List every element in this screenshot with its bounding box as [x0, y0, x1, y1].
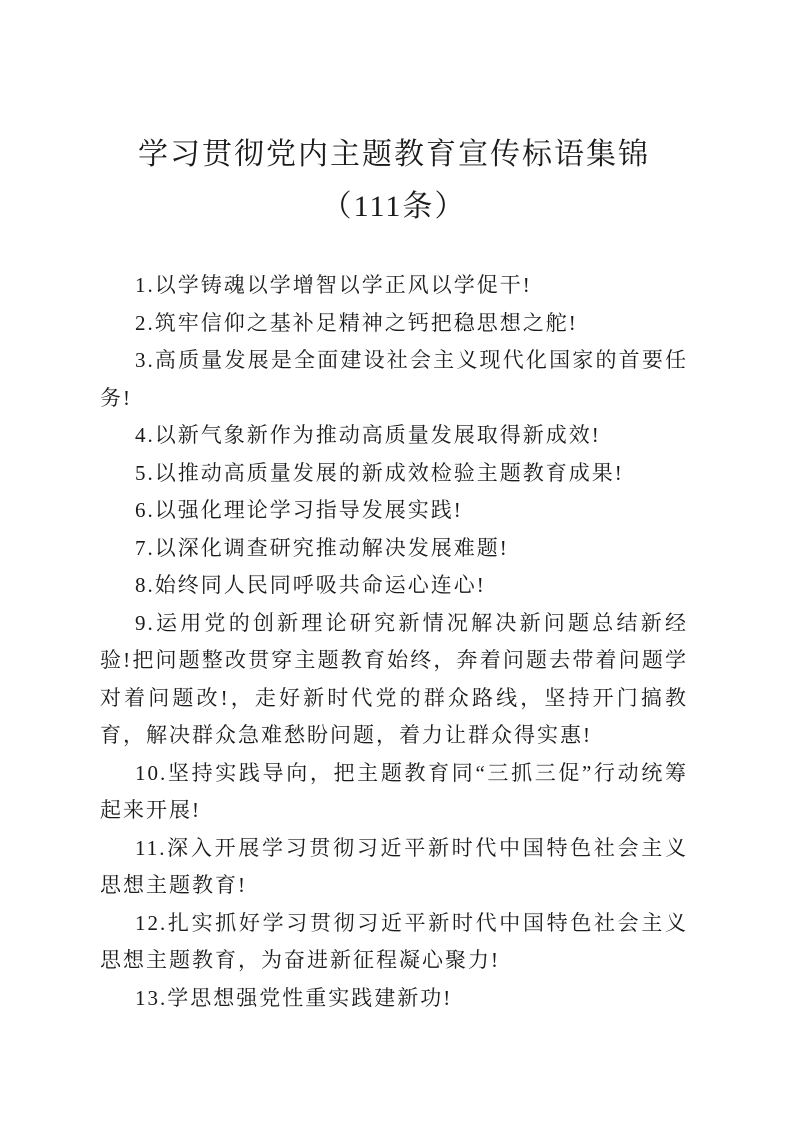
document-title: 学习贯彻党内主题教育宣传标语集锦（111条） — [100, 129, 688, 233]
slogan-item-8: 8.始终同人民同呼吸共命运心连心! — [100, 567, 688, 605]
slogan-item-3: 3.高质量发展是全面建设社会主义现代化国家的首要任务! — [100, 342, 688, 417]
slogan-item-5: 5.以推动高质量发展的新成效检验主题教育成果! — [100, 455, 688, 493]
document-page: 学习贯彻党内主题教育宣传标语集锦（111条） 1.以学铸魂以学增智以学正风以学促… — [0, 0, 793, 1122]
slogan-item-12: 12.扎实抓好学习贯彻习近平新时代中国特色社会主义思想主题教育，为奋进新征程凝心… — [100, 905, 688, 980]
slogan-item-2: 2.筑牢信仰之基补足精神之钙把稳思想之舵! — [100, 305, 688, 343]
slogan-item-6: 6.以强化理论学习指导发展实践! — [100, 492, 688, 530]
slogan-item-4: 4.以新气象新作为推动高质量发展取得新成效! — [100, 417, 688, 455]
slogan-item-13: 13.学思想强党性重实践建新功! — [100, 980, 688, 1018]
slogan-item-10: 10.坚持实践导向，把主题教育同“三抓三促”行动统筹起来开展! — [100, 755, 688, 830]
slogan-item-1: 1.以学铸魂以学增智以学正风以学促干! — [100, 267, 688, 305]
slogan-item-11: 11.深入开展学习贯彻习近平新时代中国特色社会主义思想主题教育! — [100, 830, 688, 905]
slogan-list: 1.以学铸魂以学增智以学正风以学促干! 2.筑牢信仰之基补足精神之钙把稳思想之舵… — [100, 267, 688, 1017]
slogan-item-7: 7.以深化调查研究推动解决发展难题! — [100, 530, 688, 568]
slogan-item-9: 9.运用党的创新理论研究新情况解决新问题总结新经验!把问题整改贯穿主题教育始终，… — [100, 605, 688, 755]
